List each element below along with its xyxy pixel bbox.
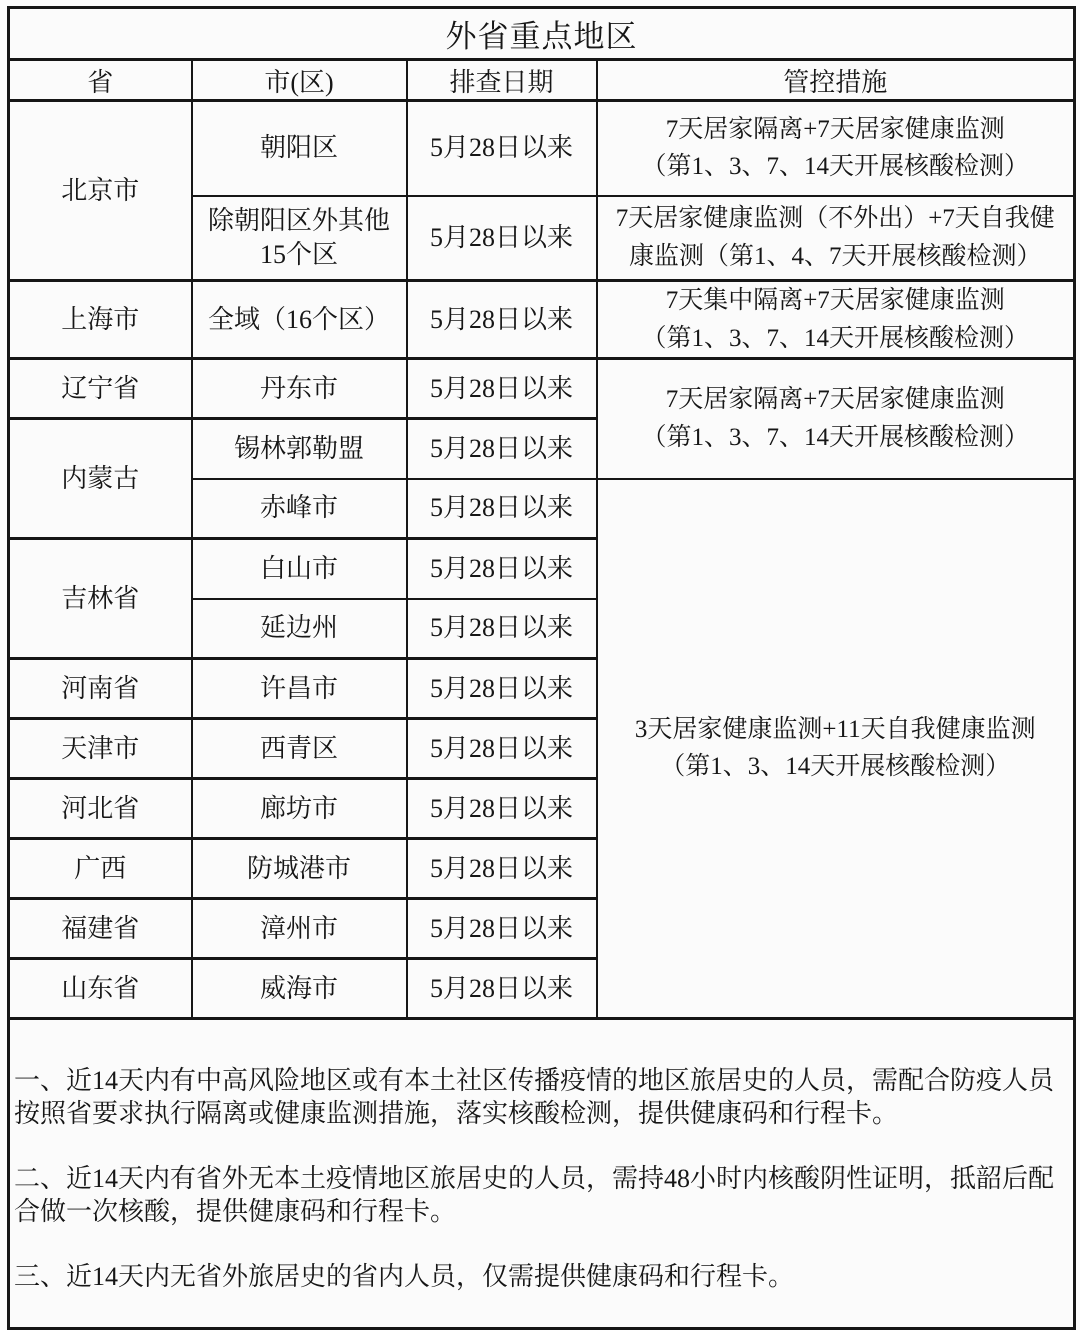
city-cell: 延边州 bbox=[192, 599, 407, 659]
column-header-row: 省 市(区) 排查日期 管控措施 bbox=[9, 60, 1075, 101]
city-cell: 朝阳区 bbox=[192, 101, 407, 196]
control-measure-cell: 7天居家隔离+7天居家健康监测 （第1、3、7、14天开展核酸检测） bbox=[597, 101, 1075, 196]
city-cell: 防城港市 bbox=[192, 839, 407, 899]
city-cell: 廊坊市 bbox=[192, 779, 407, 839]
city-cell: 威海市 bbox=[192, 959, 407, 1019]
screening-date-cell: 5月28日以来 bbox=[407, 419, 597, 479]
city-cell: 锡林郭勒盟 bbox=[192, 419, 407, 479]
header-province: 省 bbox=[9, 60, 192, 101]
control-measure-cell: 3天居家健康监测+11天自我健康监测 （第1、3、14天开展核酸检测） bbox=[597, 479, 1075, 1019]
province-cell: 北京市 bbox=[9, 101, 192, 281]
city-cell: 丹东市 bbox=[192, 359, 407, 419]
screening-date-cell: 5月28日以来 bbox=[407, 539, 597, 599]
table-row: 北京市朝阳区5月28日以来7天居家隔离+7天居家健康监测 （第1、3、7、14天… bbox=[9, 101, 1075, 196]
screening-date-cell: 5月28日以来 bbox=[407, 359, 597, 419]
province-cell: 天津市 bbox=[9, 719, 192, 779]
screening-date-cell: 5月28日以来 bbox=[407, 659, 597, 719]
header-control-measure: 管控措施 bbox=[597, 60, 1075, 101]
screening-date-cell: 5月28日以来 bbox=[407, 479, 597, 539]
screening-date-cell: 5月28日以来 bbox=[407, 599, 597, 659]
screening-date-cell: 5月28日以来 bbox=[407, 196, 597, 281]
control-measure-cell: 7天居家健康监测（不外出）+7天自我健 康监测（第1、4、7天开展核酸检测） bbox=[597, 196, 1075, 281]
notes-section: 一、近14天内有中高风险地区或有本土社区传播疫情的地区旅居史的人员，需配合防疫人… bbox=[9, 1019, 1075, 1329]
control-measure-cell: 7天集中隔离+7天居家健康监测 （第1、3、7、14天开展核酸检测） bbox=[597, 281, 1075, 359]
province-cell: 河北省 bbox=[9, 779, 192, 839]
screening-date-cell: 5月28日以来 bbox=[407, 719, 597, 779]
header-city: 市(区) bbox=[192, 60, 407, 101]
province-cell: 河南省 bbox=[9, 659, 192, 719]
page: 外省重点地区 省 市(区) 排查日期 管控措施 北京市朝阳区5月28日以来7天居… bbox=[0, 0, 1080, 1207]
table-body: 北京市朝阳区5月28日以来7天居家隔离+7天居家健康监测 （第1、3、7、14天… bbox=[9, 101, 1075, 1019]
table-head: 外省重点地区 省 市(区) 排查日期 管控措施 bbox=[9, 8, 1075, 101]
table-row: 辽宁省丹东市5月28日以来7天居家隔离+7天居家健康监测 （第1、3、7、14天… bbox=[9, 359, 1075, 419]
province-cell: 山东省 bbox=[9, 959, 192, 1019]
province-cell: 辽宁省 bbox=[9, 359, 192, 419]
screening-date-cell: 5月28日以来 bbox=[407, 839, 597, 899]
note-paragraph-1: 一、近14天内有中高风险地区或有本土社区传播疫情的地区旅居史的人员，需配合防疫人… bbox=[14, 1065, 1067, 1131]
note-paragraph-2: 二、近14天内有省外无本土疫情地区旅居史的人员，需持48小时内核酸阴性证明，抵韶… bbox=[14, 1163, 1067, 1229]
city-cell: 白山市 bbox=[192, 539, 407, 599]
page-title: 外省重点地区 bbox=[9, 8, 1075, 60]
header-screening-date: 排查日期 bbox=[407, 60, 597, 101]
city-cell: 漳州市 bbox=[192, 899, 407, 959]
notes-row: 一、近14天内有中高风险地区或有本土社区传播疫情的地区旅居史的人员，需配合防疫人… bbox=[9, 1019, 1075, 1329]
title-row: 外省重点地区 bbox=[9, 8, 1075, 60]
screening-date-cell: 5月28日以来 bbox=[407, 959, 597, 1019]
key-areas-table: 外省重点地区 省 市(区) 排查日期 管控措施 北京市朝阳区5月28日以来7天居… bbox=[7, 6, 1076, 1330]
city-cell: 许昌市 bbox=[192, 659, 407, 719]
screening-date-cell: 5月28日以来 bbox=[407, 899, 597, 959]
table-foot: 一、近14天内有中高风险地区或有本土社区传播疫情的地区旅居史的人员，需配合防疫人… bbox=[9, 1019, 1075, 1329]
city-cell: 赤峰市 bbox=[192, 479, 407, 539]
city-cell: 全域（16个区） bbox=[192, 281, 407, 359]
screening-date-cell: 5月28日以来 bbox=[407, 101, 597, 196]
province-cell: 广西 bbox=[9, 839, 192, 899]
city-cell: 西青区 bbox=[192, 719, 407, 779]
city-cell: 除朝阳区外其他 15个区 bbox=[192, 196, 407, 281]
province-cell: 内蒙古 bbox=[9, 419, 192, 539]
province-cell: 福建省 bbox=[9, 899, 192, 959]
province-cell: 吉林省 bbox=[9, 539, 192, 659]
table-row: 上海市全域（16个区）5月28日以来7天集中隔离+7天居家健康监测 （第1、3、… bbox=[9, 281, 1075, 359]
control-measure-cell: 7天居家隔离+7天居家健康监测 （第1、3、7、14天开展核酸检测） bbox=[597, 359, 1075, 479]
screening-date-cell: 5月28日以来 bbox=[407, 281, 597, 359]
note-paragraph-3: 三、近14天内无省外旅居史的省内人员，仅需提供健康码和行程卡。 bbox=[14, 1261, 1067, 1294]
screening-date-cell: 5月28日以来 bbox=[407, 779, 597, 839]
province-cell: 上海市 bbox=[9, 281, 192, 359]
